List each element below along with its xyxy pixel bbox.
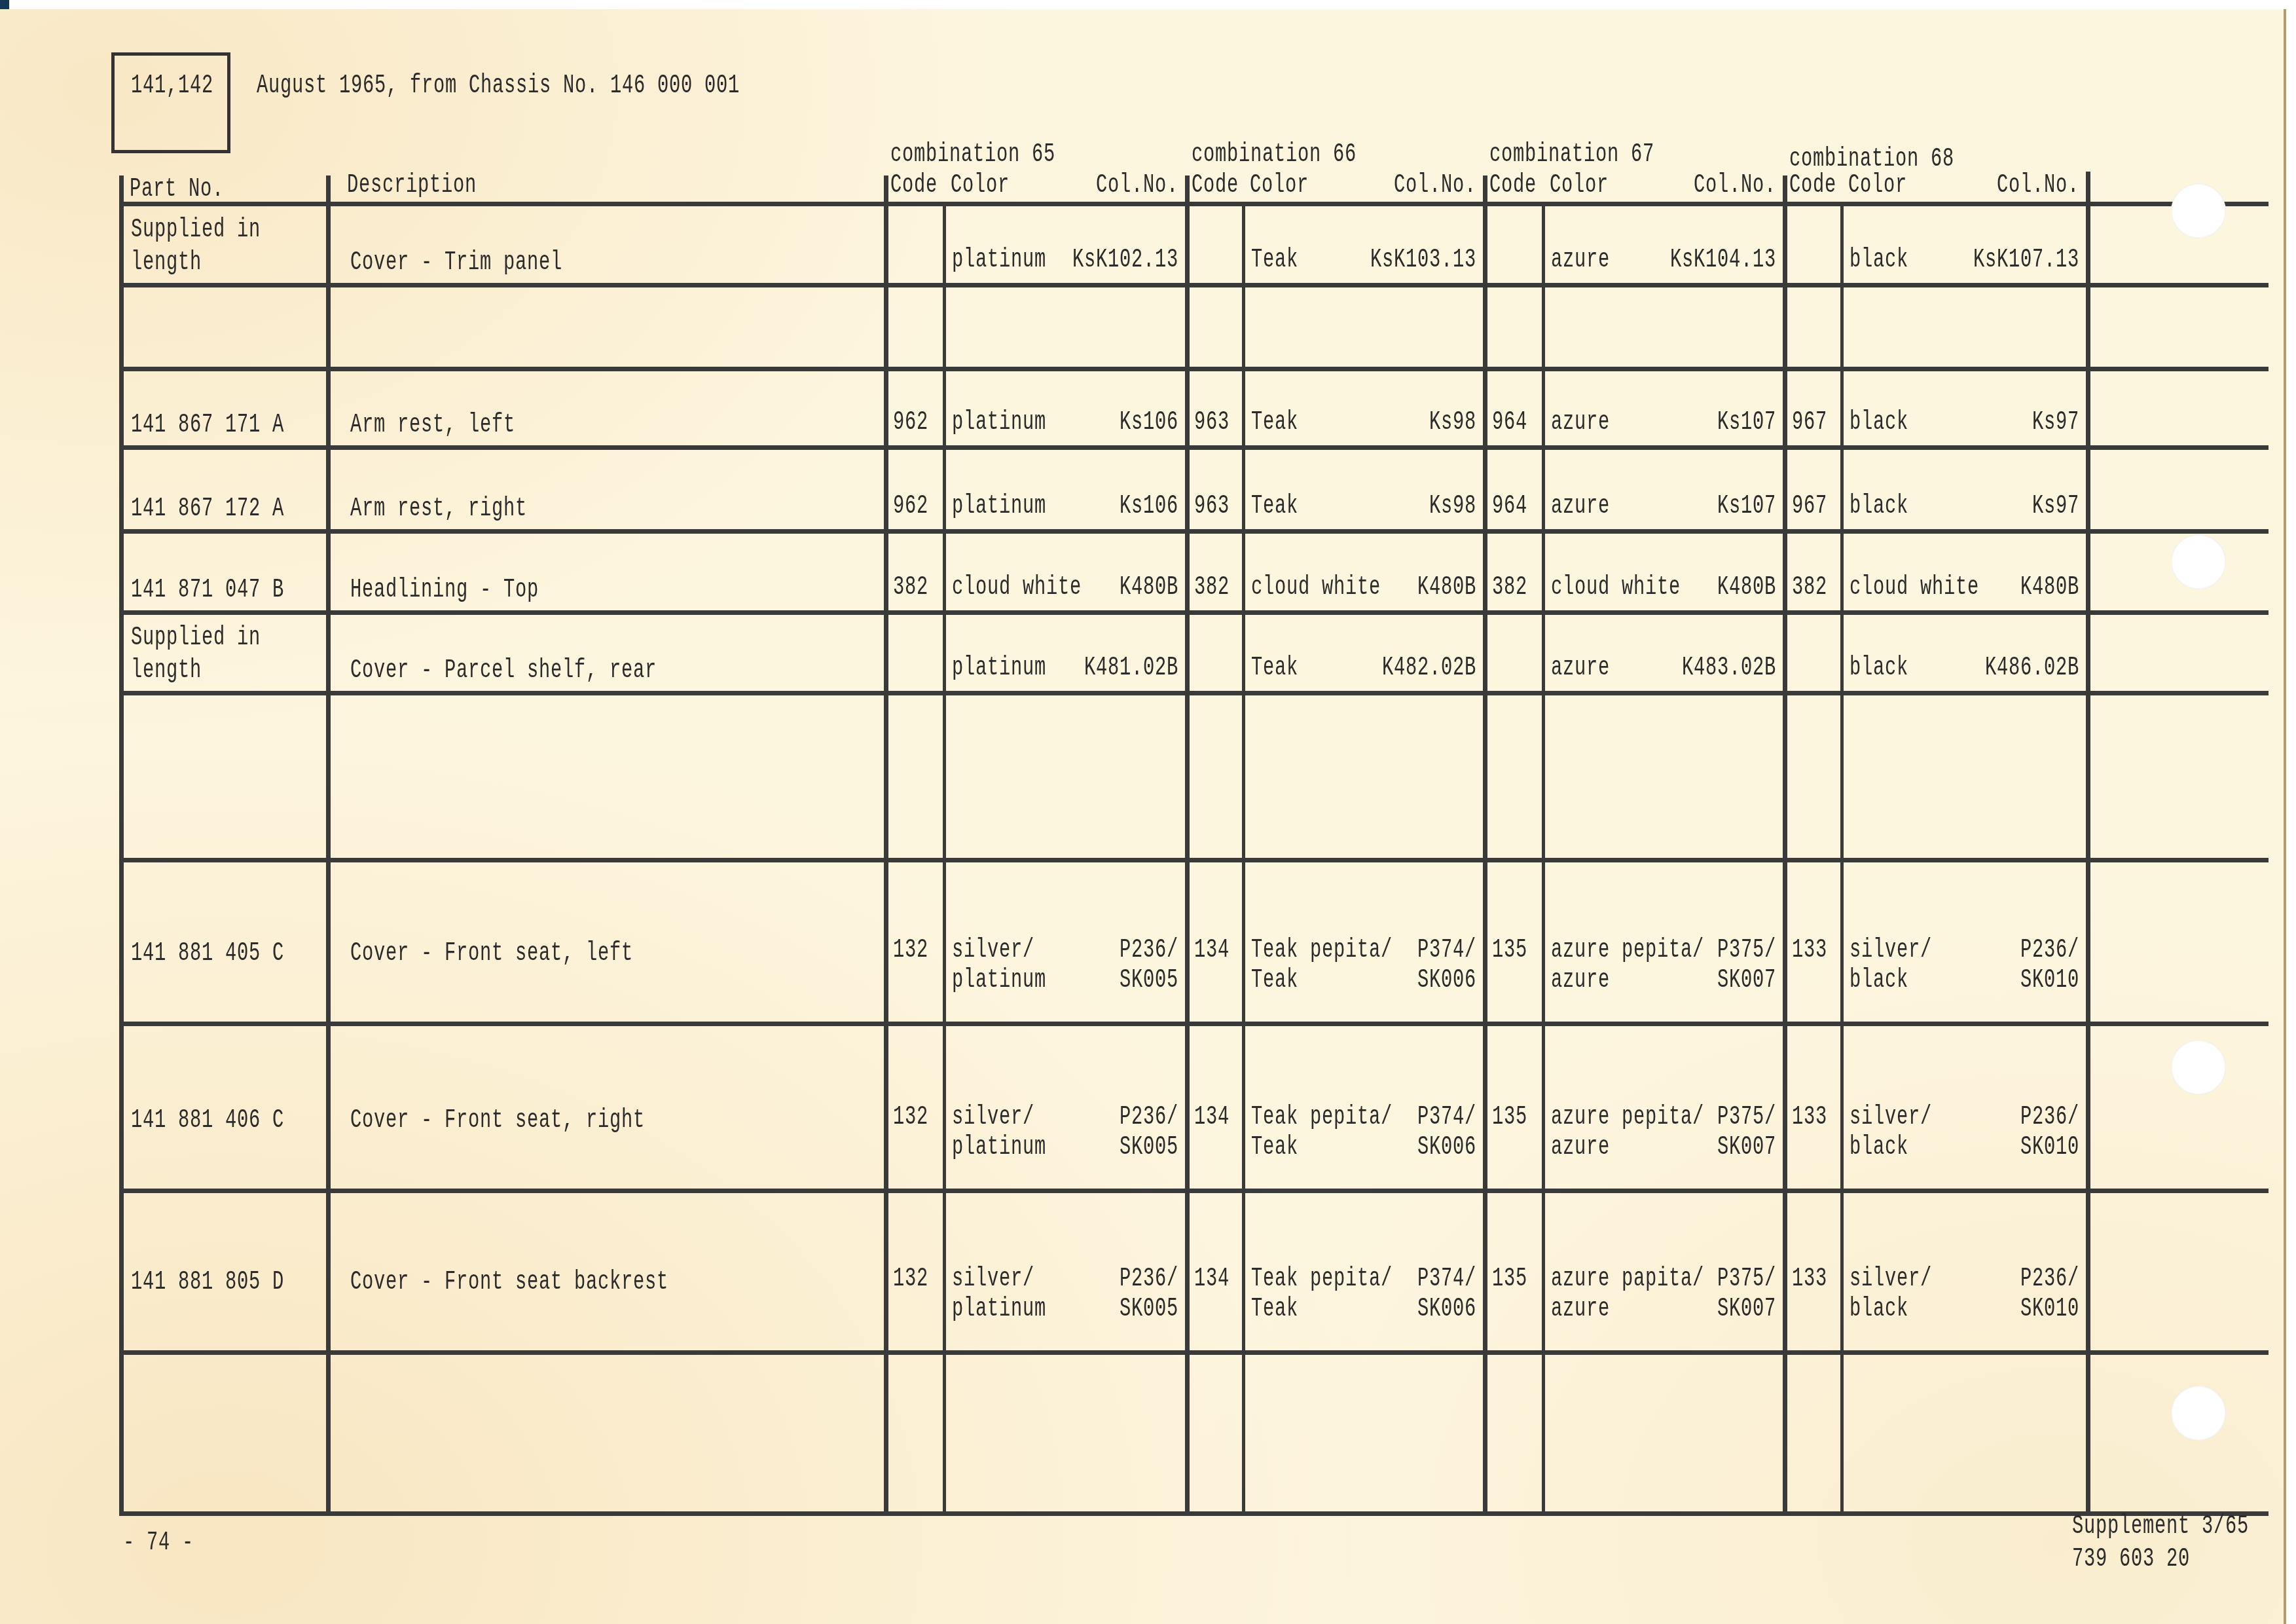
scan-edge-artifact bbox=[0, 0, 9, 9]
color-number: K481.02B bbox=[1084, 654, 1178, 683]
column-header-color: Color bbox=[1848, 172, 1907, 200]
color-name: cloud white bbox=[1251, 574, 1381, 602]
part-description: Cover - Trim panel bbox=[350, 249, 562, 278]
color-number: P374/ bbox=[1417, 1103, 1476, 1132]
part-number: 141 867 171 A bbox=[131, 411, 284, 440]
row-rule bbox=[119, 610, 2269, 615]
column-header-color: Color bbox=[1250, 172, 1309, 200]
part-description: Cover - Front seat, right bbox=[350, 1107, 645, 1135]
column-header-color: Color bbox=[1550, 172, 1609, 200]
color-number: K480B bbox=[1120, 574, 1178, 602]
part-description: Headlining - Top bbox=[350, 576, 539, 605]
color-number: Ks107 bbox=[1717, 409, 1776, 437]
part-number: 141 871 047 B bbox=[131, 576, 284, 605]
code-color-divider bbox=[1542, 202, 1545, 1516]
color-name: platinum bbox=[952, 967, 1046, 995]
color-code: 133 bbox=[1792, 1265, 1827, 1294]
color-name: platinum bbox=[952, 492, 1046, 521]
color-name: Teak bbox=[1251, 967, 1298, 995]
color-name: silver/ bbox=[1850, 1103, 1932, 1132]
color-number: SK007 bbox=[1717, 967, 1776, 995]
color-name: Teak pepita/ bbox=[1251, 1265, 1393, 1294]
color-code: 133 bbox=[1792, 936, 1827, 965]
column-header-code: Code bbox=[1489, 172, 1537, 200]
color-number: SK010 bbox=[2020, 967, 2079, 995]
color-name: Teak bbox=[1251, 409, 1298, 437]
combination-title-67: combination 67 bbox=[1489, 141, 1654, 170]
color-number: P374/ bbox=[1417, 1265, 1476, 1294]
color-name: platinum bbox=[952, 1295, 1046, 1324]
color-code: 962 bbox=[893, 409, 928, 437]
color-name: azure bbox=[1551, 246, 1610, 275]
color-code: 967 bbox=[1792, 409, 1827, 437]
part-description: Arm rest, right bbox=[350, 495, 527, 524]
color-number: SK005 bbox=[1120, 967, 1178, 995]
supplement-label: Supplement 3/65 bbox=[2072, 1513, 2249, 1541]
page-number: - 74 - bbox=[123, 1529, 194, 1558]
color-name: black bbox=[1850, 654, 1908, 683]
color-number: P375/ bbox=[1717, 1103, 1776, 1132]
part-number: 141 881 405 C bbox=[131, 940, 284, 969]
color-number: KsK104.13 bbox=[1670, 246, 1776, 275]
part-number: Supplied in bbox=[131, 216, 261, 245]
color-name: black bbox=[1850, 1134, 1908, 1162]
color-number: P236/ bbox=[2020, 1103, 2079, 1132]
color-code: 135 bbox=[1492, 1103, 1527, 1132]
code-color-divider bbox=[1242, 202, 1245, 1516]
part-description: Cover - Front seat, left bbox=[350, 940, 633, 969]
color-code: 135 bbox=[1492, 936, 1527, 965]
color-name: platinum bbox=[952, 409, 1046, 437]
color-name: cloud white bbox=[952, 574, 1082, 602]
column-header-code: Code bbox=[1192, 172, 1239, 200]
color-number: P236/ bbox=[1120, 1103, 1178, 1132]
color-number: K480B bbox=[1717, 574, 1776, 602]
combination-title-68: combination 68 bbox=[1789, 145, 1954, 174]
color-number: SK010 bbox=[2020, 1295, 2079, 1324]
color-number: KsK107.13 bbox=[1973, 246, 2079, 275]
model-number: 141,142 bbox=[131, 72, 213, 101]
header-rule bbox=[119, 202, 2269, 206]
punch-hole bbox=[2171, 183, 2226, 238]
color-name: platinum bbox=[952, 654, 1046, 683]
table-right-border bbox=[2086, 172, 2090, 1516]
color-name: Teak bbox=[1251, 1295, 1298, 1324]
color-number: P375/ bbox=[1717, 936, 1776, 965]
color-number: Ks106 bbox=[1120, 409, 1178, 437]
color-name: azure bbox=[1551, 492, 1610, 521]
color-number: K480B bbox=[2020, 574, 2079, 602]
row-rule bbox=[119, 367, 2269, 371]
row-rule bbox=[119, 283, 2269, 287]
part-number: Supplied in bbox=[131, 624, 261, 653]
color-name: azure bbox=[1551, 967, 1610, 995]
color-number: K482.02B bbox=[1382, 654, 1476, 683]
color-name: black bbox=[1850, 492, 1908, 521]
color-number: SK006 bbox=[1417, 1295, 1476, 1324]
color-number: Ks106 bbox=[1120, 492, 1178, 521]
column-header-col-no: Col.No. bbox=[1997, 172, 2079, 200]
color-code: 132 bbox=[893, 1265, 928, 1294]
column-header-color: Color bbox=[951, 172, 1010, 200]
color-name: azure bbox=[1551, 1134, 1610, 1162]
color-code: 132 bbox=[893, 1103, 928, 1132]
color-name: silver/ bbox=[952, 936, 1034, 965]
row-rule bbox=[119, 445, 2269, 450]
color-name: Teak pepita/ bbox=[1251, 1103, 1393, 1132]
color-name: black bbox=[1850, 1295, 1908, 1324]
color-number: SK005 bbox=[1120, 1134, 1178, 1162]
color-name: Teak pepita/ bbox=[1251, 936, 1393, 965]
color-number: K480B bbox=[1417, 574, 1476, 602]
part-number: 141 881 805 D bbox=[131, 1268, 284, 1297]
color-name: platinum bbox=[952, 1134, 1046, 1162]
table-left-border bbox=[119, 175, 124, 1516]
color-name: silver/ bbox=[952, 1103, 1034, 1132]
color-number: P236/ bbox=[2020, 1265, 2079, 1294]
column-header-description: Description bbox=[347, 172, 477, 200]
color-name: black bbox=[1850, 967, 1908, 995]
code-color-divider bbox=[1840, 202, 1844, 1516]
color-code: 134 bbox=[1194, 1103, 1230, 1132]
column-divider bbox=[1783, 175, 1787, 1516]
color-number: SK006 bbox=[1417, 1134, 1476, 1162]
color-number: P375/ bbox=[1717, 1265, 1776, 1294]
color-code: 382 bbox=[1194, 574, 1230, 602]
color-number: P236/ bbox=[1120, 936, 1178, 965]
color-name: azure bbox=[1551, 654, 1610, 683]
column-divider bbox=[326, 175, 331, 1516]
color-name: black bbox=[1850, 409, 1908, 437]
color-number: Ks107 bbox=[1717, 492, 1776, 521]
color-code: 964 bbox=[1492, 492, 1527, 521]
part-description: Cover - Parcel shelf, rear bbox=[350, 657, 657, 686]
color-name: platinum bbox=[952, 246, 1046, 275]
color-name: cloud white bbox=[1850, 574, 1979, 602]
row-rule bbox=[119, 1189, 2269, 1193]
color-code: 964 bbox=[1492, 409, 1527, 437]
paper-edge bbox=[2284, 9, 2286, 1624]
model-number-box bbox=[111, 52, 230, 153]
color-number: Ks98 bbox=[1429, 492, 1476, 521]
color-number: KsK103.13 bbox=[1370, 246, 1476, 275]
color-name: azure pepita/ bbox=[1551, 936, 1704, 965]
color-name: azure bbox=[1551, 1295, 1610, 1324]
color-name: silver/ bbox=[952, 1265, 1034, 1294]
color-number: Ks97 bbox=[2032, 409, 2079, 437]
punch-hole bbox=[2171, 1040, 2226, 1095]
column-header-part-no: Part No. bbox=[130, 175, 224, 204]
color-number: K486.02B bbox=[1985, 654, 2079, 683]
punch-hole bbox=[2171, 534, 2226, 589]
column-header-col-no: Col.No. bbox=[1694, 172, 1776, 200]
color-number: Ks97 bbox=[2032, 492, 2079, 521]
combination-title-65: combination 65 bbox=[890, 141, 1055, 170]
color-number: K483.02B bbox=[1682, 654, 1776, 683]
color-code: 135 bbox=[1492, 1265, 1527, 1294]
color-code: 132 bbox=[893, 936, 928, 965]
column-header-col-no: Col.No. bbox=[1096, 172, 1178, 200]
part-number: 141 867 172 A bbox=[131, 495, 284, 524]
color-code: 134 bbox=[1194, 1265, 1230, 1294]
color-name: Teak bbox=[1251, 654, 1298, 683]
column-divider bbox=[1185, 175, 1190, 1516]
color-number: P374/ bbox=[1417, 936, 1476, 965]
page-title: August 1965, from Chassis No. 146 000 00… bbox=[257, 72, 740, 101]
color-code: 382 bbox=[1492, 574, 1527, 602]
color-number: KsK102.13 bbox=[1072, 246, 1178, 275]
color-code: 963 bbox=[1194, 492, 1230, 521]
color-code: 133 bbox=[1792, 1103, 1827, 1132]
color-number: SK007 bbox=[1717, 1295, 1776, 1324]
color-code: 962 bbox=[893, 492, 928, 521]
color-name: azure bbox=[1551, 409, 1610, 437]
color-code: 382 bbox=[893, 574, 928, 602]
row-rule bbox=[119, 529, 2269, 534]
color-name: azure papita/ bbox=[1551, 1265, 1704, 1294]
column-header-col-no: Col.No. bbox=[1394, 172, 1476, 200]
column-header-code: Code bbox=[1789, 172, 1836, 200]
column-header-code: Code bbox=[890, 172, 938, 200]
color-code: 134 bbox=[1194, 936, 1230, 965]
color-name: Teak bbox=[1251, 492, 1298, 521]
color-name: Teak bbox=[1251, 1134, 1298, 1162]
code-color-divider bbox=[943, 202, 946, 1516]
document-number: 739 603 20 bbox=[2072, 1545, 2190, 1574]
color-number: Ks98 bbox=[1429, 409, 1476, 437]
color-number: SK006 bbox=[1417, 967, 1476, 995]
color-code: 967 bbox=[1792, 492, 1827, 521]
color-number: P236/ bbox=[1120, 1265, 1178, 1294]
part-number: length bbox=[131, 249, 202, 278]
color-name: azure pepita/ bbox=[1551, 1103, 1704, 1132]
part-description: Cover - Front seat backrest bbox=[350, 1268, 668, 1297]
part-description: Arm rest, left bbox=[350, 411, 515, 440]
row-rule bbox=[119, 1350, 2269, 1355]
column-divider bbox=[1483, 175, 1487, 1516]
color-code: 382 bbox=[1792, 574, 1827, 602]
part-number: 141 881 406 C bbox=[131, 1107, 284, 1135]
color-code: 963 bbox=[1194, 409, 1230, 437]
row-rule bbox=[119, 1022, 2269, 1026]
part-number: length bbox=[131, 657, 202, 686]
color-name: Teak bbox=[1251, 246, 1298, 275]
row-rule bbox=[119, 858, 2269, 862]
combination-title-66: combination 66 bbox=[1192, 141, 1357, 170]
color-number: SK005 bbox=[1120, 1295, 1178, 1324]
color-name: cloud white bbox=[1551, 574, 1681, 602]
color-number: SK007 bbox=[1717, 1134, 1776, 1162]
color-number: P236/ bbox=[2020, 936, 2079, 965]
row-rule bbox=[119, 1511, 2269, 1516]
color-name: silver/ bbox=[1850, 936, 1932, 965]
row-rule bbox=[119, 691, 2269, 695]
column-divider bbox=[884, 175, 888, 1516]
color-name: black bbox=[1850, 246, 1908, 275]
color-name: silver/ bbox=[1850, 1265, 1932, 1294]
color-number: SK010 bbox=[2020, 1134, 2079, 1162]
punch-hole bbox=[2171, 1386, 2226, 1441]
